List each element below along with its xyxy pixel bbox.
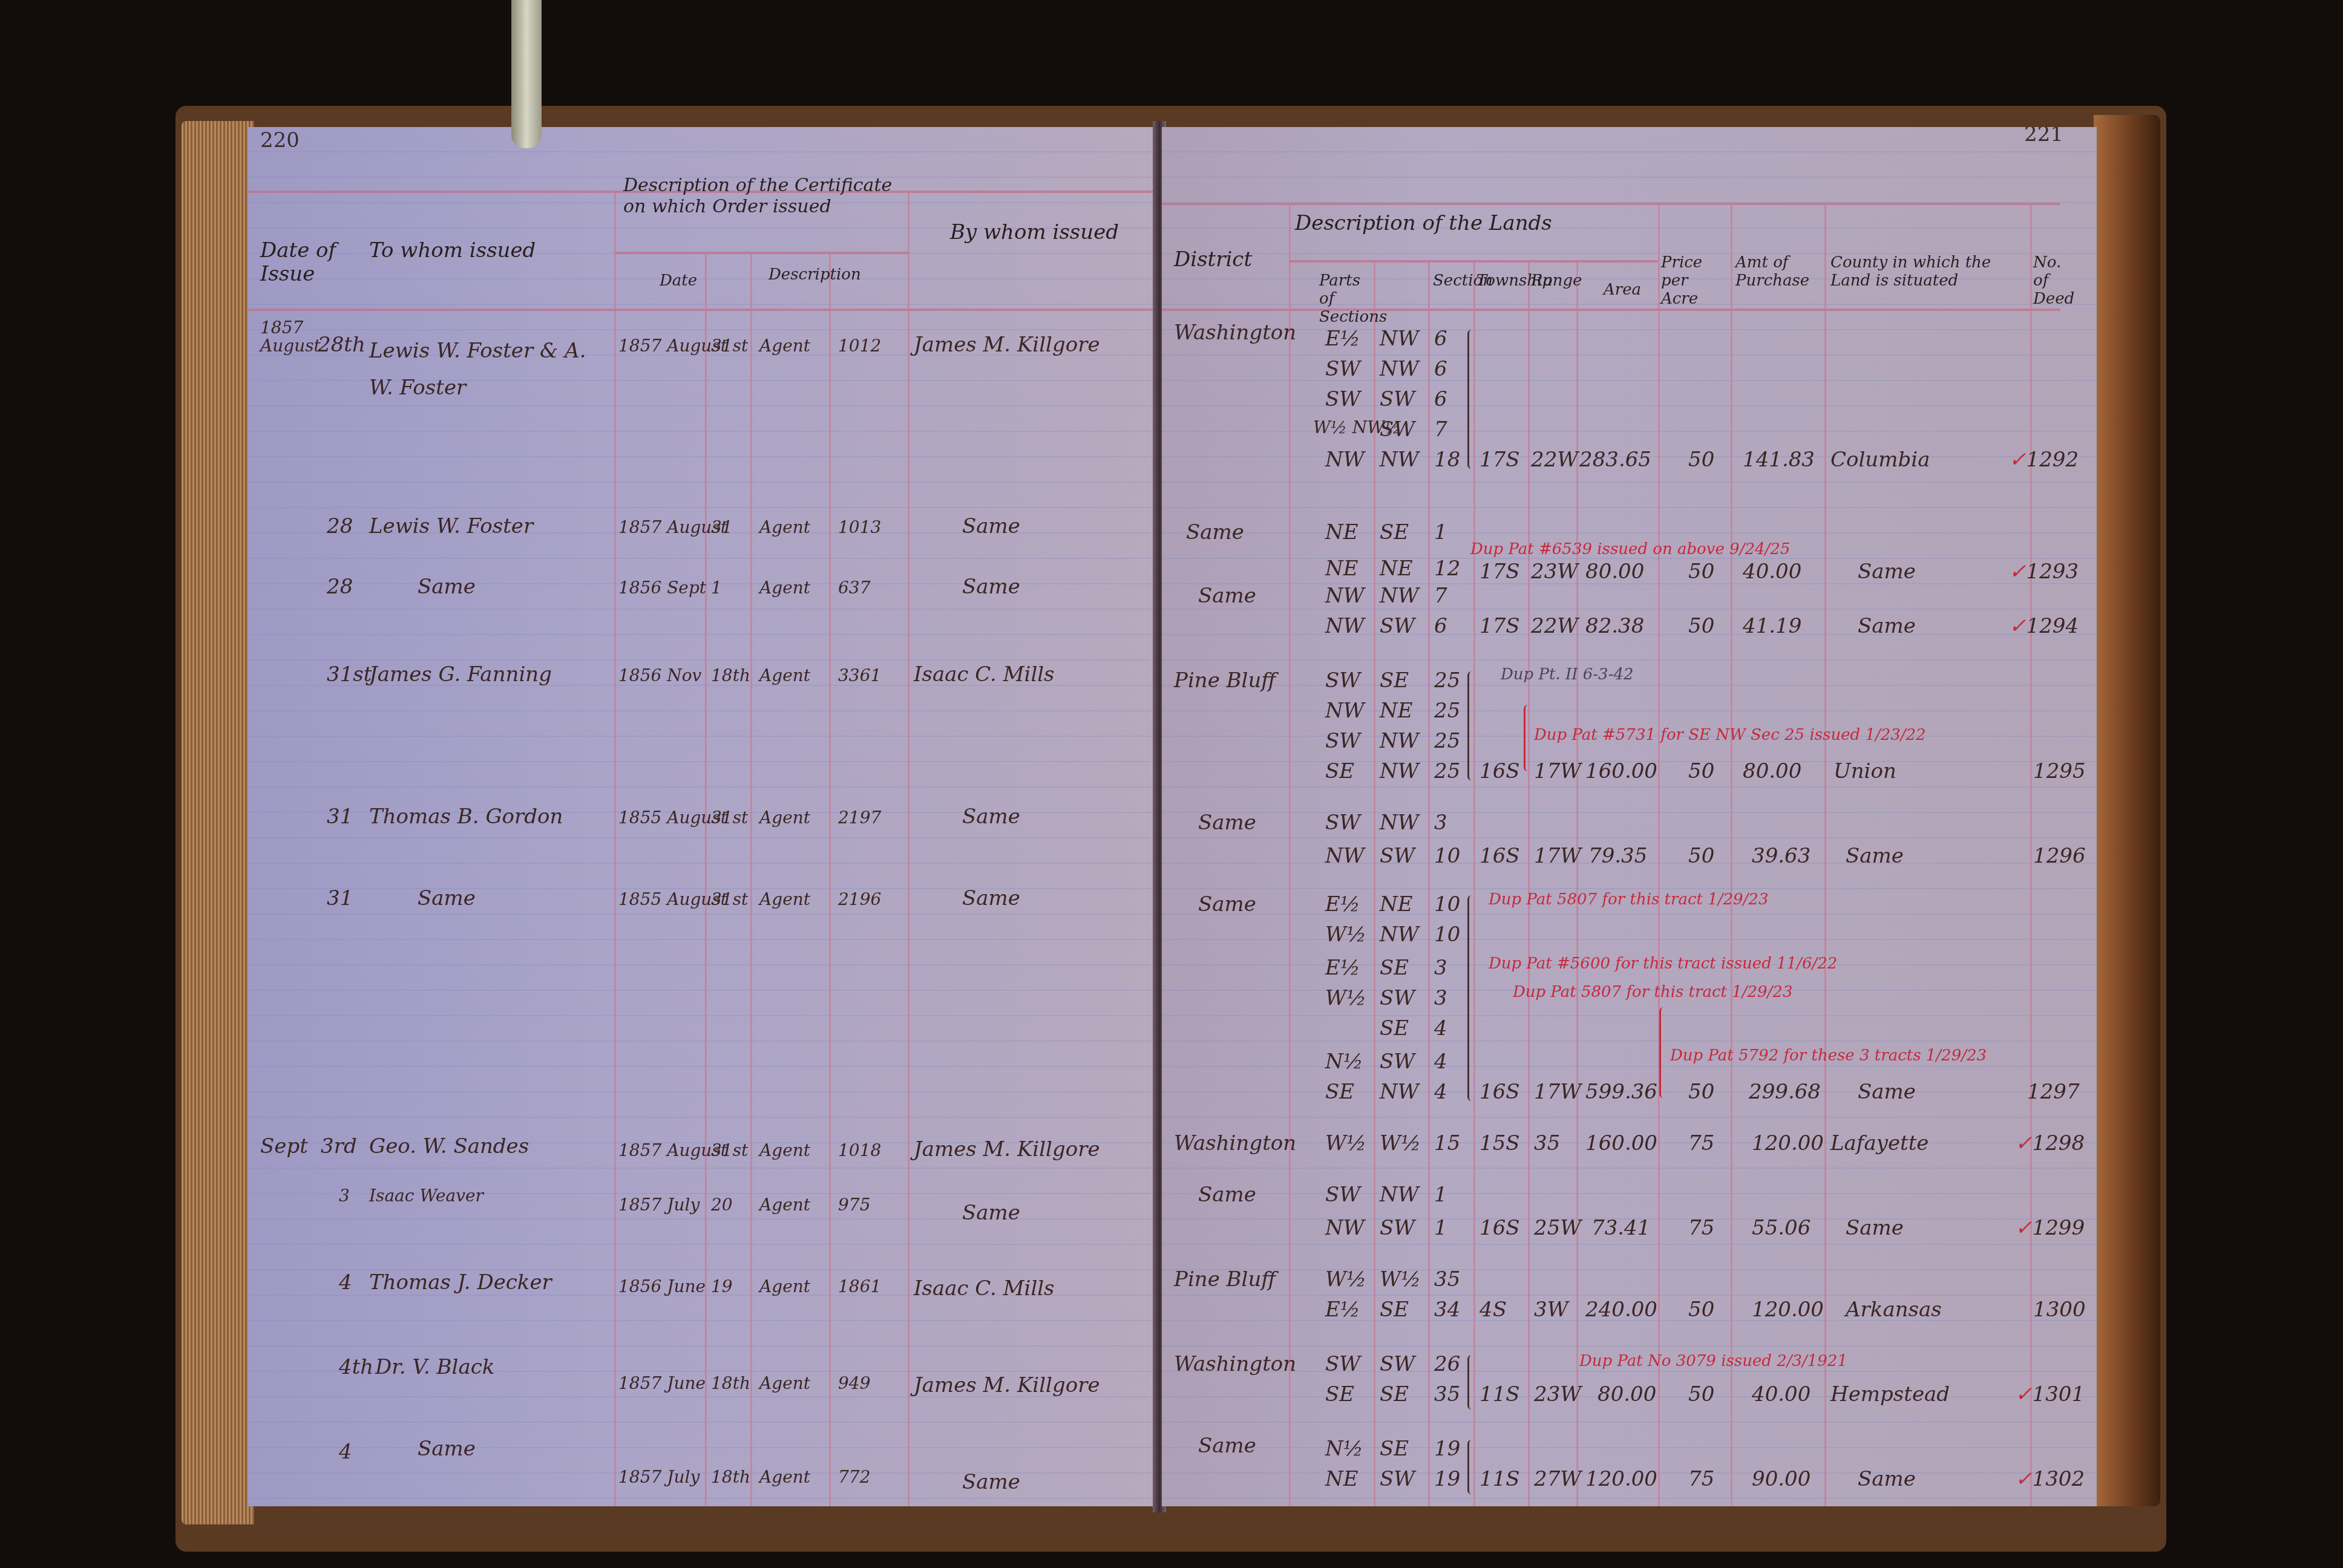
county: Same	[1846, 844, 1904, 868]
cert-number: 2197	[838, 808, 881, 828]
deed-number: ✓1298	[2015, 1131, 2085, 1155]
part: NW	[1325, 614, 1365, 638]
quarter: SE	[1380, 1298, 1409, 1322]
cert-day: 31	[711, 517, 733, 537]
issued-to: Thomas B. Gordon	[369, 805, 563, 829]
range: 23W	[1534, 1382, 1581, 1406]
area: 82.38	[1585, 614, 1644, 638]
district: Washington	[1174, 1352, 1296, 1376]
issued-by: James M. Killgore	[914, 333, 1100, 357]
quarter: NW	[1380, 811, 1419, 835]
issued-by: Same	[962, 575, 1020, 599]
section: 4	[1434, 1080, 1447, 1104]
header-parts-of-sections: Parts of Sections	[1319, 272, 1374, 327]
col-rule	[1528, 260, 1530, 1506]
part: SE	[1325, 1080, 1354, 1104]
part: E½	[1325, 892, 1360, 916]
range: 27W	[1534, 1467, 1581, 1491]
area: 240.00	[1585, 1298, 1657, 1322]
section: 25	[1434, 729, 1460, 753]
bracket	[1467, 1440, 1475, 1494]
issue-day: 31st	[327, 662, 372, 687]
red-bracket	[1659, 1007, 1667, 1098]
col-rule	[1824, 203, 1826, 1506]
cert-date: 1857 July	[618, 1195, 700, 1215]
quarter: SW	[1380, 1467, 1415, 1491]
purchase-amount: 39.63	[1752, 844, 1810, 868]
district: Washington	[1174, 1131, 1296, 1155]
check-mark-icon: ✓	[2015, 1467, 2033, 1491]
part: SW	[1325, 729, 1360, 753]
part: NW	[1325, 448, 1365, 472]
district: Same	[1186, 520, 1244, 544]
part: NE	[1325, 520, 1358, 544]
cert-day: 20	[711, 1195, 733, 1215]
cert-type: Agent	[759, 578, 810, 598]
section: 3	[1434, 956, 1447, 980]
col-rule	[1428, 260, 1430, 1506]
township: 15S	[1480, 1131, 1520, 1155]
issue-year: 1857	[260, 318, 303, 338]
area: 160.00	[1585, 759, 1657, 783]
cert-day: 18th	[711, 1373, 750, 1393]
district: Pine Bluff	[1174, 668, 1276, 693]
purchase-amount: 120.00	[1752, 1131, 1824, 1155]
red-bracket	[1524, 705, 1532, 771]
quarter: SW	[1380, 1050, 1415, 1074]
issue-month: August	[260, 336, 321, 356]
bracket	[1467, 671, 1475, 780]
col-rule	[908, 191, 909, 1506]
quarter: SE	[1380, 956, 1409, 980]
issued-to: Dr. V. Black	[375, 1355, 494, 1379]
price-per-acre: 50	[1688, 448, 1714, 472]
cert-day: 19	[711, 1276, 733, 1296]
township: 11S	[1480, 1382, 1520, 1406]
part: NW	[1325, 699, 1365, 723]
issue-day: 4	[339, 1440, 352, 1464]
cert-type: Agent	[759, 1467, 810, 1487]
part: SW	[1325, 387, 1360, 411]
section: 4	[1434, 1016, 1447, 1040]
part: NW	[1325, 844, 1365, 868]
township: 16S	[1480, 759, 1520, 783]
part: N½	[1325, 1437, 1363, 1461]
cert-number: 3361	[838, 665, 881, 685]
red-annotation: Dup Pat 5807 for this tract 1/29/23	[1489, 890, 1768, 909]
deed-number: ✓1292	[2009, 448, 2079, 472]
header-district: District	[1174, 248, 1252, 272]
deed-number: ✓1299	[2015, 1216, 2085, 1240]
col-rule	[750, 252, 752, 1506]
part: NE	[1325, 557, 1358, 581]
district: Same	[1198, 1183, 1256, 1207]
cert-number: 637	[838, 578, 870, 598]
cert-type: Agent	[759, 1373, 810, 1393]
cert-type: Agent	[759, 889, 810, 909]
header-by-whom-issued: By whom issued	[950, 221, 1119, 244]
range: 35	[1534, 1131, 1560, 1155]
section: 10	[1434, 844, 1460, 868]
purchase-amount: 41.19	[1743, 614, 1801, 638]
issued-to: Same	[418, 1437, 476, 1461]
district: Same	[1198, 892, 1256, 916]
red-annotation: Dup Pat #6539 issued on above 9/24/25	[1470, 540, 1790, 558]
area: 120.00	[1585, 1467, 1657, 1491]
issue-day: 31	[327, 805, 353, 829]
section: 1	[1434, 520, 1447, 544]
quarter: NW	[1380, 759, 1419, 783]
cert-day: 31st	[711, 808, 748, 828]
check-mark-icon: ✓	[2009, 614, 2027, 638]
quarter: SE	[1380, 668, 1409, 693]
quarter: SW	[1380, 1352, 1415, 1376]
check-mark-icon: ✓	[2009, 560, 2027, 584]
header-section: Section	[1433, 272, 1473, 290]
issued-to: Same	[418, 575, 476, 599]
issue-day: 3	[339, 1186, 350, 1206]
district: Same	[1198, 584, 1256, 608]
township: 16S	[1480, 1216, 1520, 1240]
quarter: SW	[1380, 417, 1415, 442]
section: 6	[1434, 357, 1447, 381]
header-date: Date	[660, 272, 697, 290]
area: 80.00	[1585, 560, 1644, 584]
cert-type: Agent	[759, 1195, 810, 1215]
issued-to: Same	[418, 886, 476, 910]
cert-date: 1856 Sept	[618, 578, 706, 598]
red-annotation: Dup Pat #5600 for this tract issued 11/6…	[1489, 955, 1837, 973]
part: N½	[1325, 1050, 1363, 1074]
bracket	[1467, 895, 1475, 1101]
purchase-amount: 55.06	[1752, 1216, 1810, 1240]
part: SW	[1325, 811, 1360, 835]
part: NW	[1325, 1216, 1365, 1240]
section: 18	[1434, 448, 1460, 472]
quarter: NW	[1380, 584, 1419, 608]
quarter: NW	[1380, 1183, 1419, 1207]
cert-date: 1857 July	[618, 1467, 700, 1487]
header-area: Area	[1604, 281, 1641, 299]
issued-by: Isaac C. Mills	[914, 662, 1055, 687]
section: 1	[1434, 1183, 1447, 1207]
section: 35	[1434, 1267, 1460, 1292]
check-mark-icon: ✓	[2015, 1382, 2033, 1406]
pencil-annotation: Dup Pt. II 6-3-42	[1501, 665, 1634, 684]
township: 17S	[1480, 560, 1520, 584]
section: 7	[1434, 584, 1447, 608]
quarter: NW	[1380, 357, 1419, 381]
area: 160.00	[1585, 1131, 1657, 1155]
quarter: SW	[1380, 614, 1415, 638]
quarter: NW	[1380, 327, 1419, 351]
issued-by: Same	[962, 886, 1020, 910]
county: Same	[1858, 614, 1916, 638]
section: 3	[1434, 811, 1447, 835]
range: 17W	[1534, 844, 1581, 868]
cert-date: 1857 June	[618, 1373, 706, 1393]
purchase-amount: 141.83	[1743, 448, 1815, 472]
quarter: SW	[1380, 844, 1415, 868]
page-number: 220	[260, 128, 300, 152]
issue-day: 28th	[318, 333, 365, 357]
col-rule	[1374, 260, 1375, 1506]
issued-by: Same	[962, 1470, 1020, 1494]
deed-number: ✓1301	[2015, 1382, 2085, 1406]
issued-to: Lewis W. Foster	[369, 514, 533, 538]
cert-type: Agent	[759, 1140, 810, 1160]
col-rule	[1289, 203, 1291, 1506]
part: SW	[1325, 357, 1360, 381]
check-mark-icon: ✓	[2015, 1216, 2033, 1240]
county: Same	[1858, 560, 1916, 584]
county: Arkansas	[1846, 1298, 1942, 1322]
part: SE	[1325, 759, 1354, 783]
header-top-rule	[1162, 203, 2060, 205]
right-page: 221 District Description of the Lands Pa…	[1162, 127, 2097, 1506]
quarter: NW	[1380, 729, 1419, 753]
header-bottom-rule	[1162, 309, 2060, 311]
range: 22W	[1531, 448, 1578, 472]
header-bottom-rule	[248, 309, 1159, 311]
cert-date: 1856 Nov	[618, 665, 701, 685]
section: 25	[1434, 668, 1460, 693]
purchase-amount: 80.00	[1743, 759, 1801, 783]
cert-number: 949	[838, 1373, 870, 1393]
issued-to: Lewis W. Foster & A. W. Foster	[369, 333, 599, 407]
page-number: 221	[2024, 127, 2063, 146]
cert-number: 975	[838, 1195, 870, 1215]
header-deed-number: No. of Deed	[2033, 254, 2069, 309]
price-per-acre: 75	[1688, 1131, 1714, 1155]
section: 6	[1434, 327, 1447, 351]
issue-day: 4	[339, 1270, 352, 1295]
red-annotation: Dup Pat 5807 for this tract 1/29/23	[1513, 983, 1792, 1001]
part: NW	[1325, 584, 1365, 608]
cert-number: 1013	[838, 517, 881, 537]
quarter: NE	[1380, 557, 1413, 581]
col-rule	[614, 191, 616, 1506]
part: W½	[1325, 986, 1366, 1010]
book-cover-edge-right	[2094, 115, 2160, 1506]
section: 6	[1434, 387, 1447, 411]
issued-by: Same	[962, 805, 1020, 829]
header-range: Range	[1531, 272, 1582, 290]
county: Same	[1858, 1467, 1916, 1491]
header-price-per-acre: Price per Acre	[1661, 254, 1728, 309]
county: Columbia	[1830, 448, 1930, 472]
district: Pine Bluff	[1174, 1267, 1276, 1292]
part: E½	[1325, 327, 1360, 351]
area: 73.41	[1591, 1216, 1650, 1240]
price-per-acre: 50	[1688, 1298, 1714, 1322]
issue-day: 3rd	[321, 1134, 357, 1158]
cert-number: 1012	[838, 336, 881, 356]
section: 19	[1434, 1437, 1460, 1461]
cert-type: Agent	[759, 1276, 810, 1296]
purchase-amount: 120.00	[1752, 1298, 1824, 1322]
cert-number: 2196	[838, 889, 881, 909]
issued-by: James M. Killgore	[914, 1137, 1100, 1161]
deed-number: ✓1294	[2009, 614, 2079, 638]
price-per-acre: 75	[1688, 1216, 1714, 1240]
part: SW	[1325, 1352, 1360, 1376]
section: 35	[1434, 1382, 1460, 1406]
township: 16S	[1480, 1080, 1520, 1104]
quarter: NW	[1380, 923, 1419, 947]
purchase-amount: 40.00	[1752, 1382, 1810, 1406]
price-per-acre: 50	[1688, 844, 1714, 868]
issue-day: 28	[327, 575, 353, 599]
quarter: W½	[1380, 1267, 1421, 1292]
price-per-acre: 50	[1688, 1382, 1714, 1406]
purchase-amount: 299.68	[1749, 1080, 1821, 1104]
township: 11S	[1480, 1467, 1520, 1491]
cert-day: 1	[711, 578, 722, 598]
part: W½	[1325, 1131, 1366, 1155]
cert-day: 18th	[711, 665, 750, 685]
cert-type: Agent	[759, 808, 810, 828]
issue-day: 4th	[339, 1355, 373, 1379]
quarter: NW	[1380, 448, 1419, 472]
section: 7	[1434, 417, 1447, 442]
section: 34	[1434, 1298, 1460, 1322]
price-per-acre: 75	[1688, 1467, 1714, 1491]
section: 10	[1434, 923, 1460, 947]
issued-by: Isaac C. Mills	[914, 1276, 1055, 1301]
section: 15	[1434, 1131, 1460, 1155]
issued-to: James G. Fanning	[369, 662, 552, 687]
bracket	[1467, 330, 1475, 469]
quarter: NE	[1380, 699, 1413, 723]
red-annotation: Dup Pat 5792 for these 3 tracts 1/29/23	[1670, 1047, 1987, 1065]
district: Same	[1198, 811, 1256, 835]
county: Same	[1858, 1080, 1916, 1104]
township: 4S	[1480, 1298, 1507, 1322]
range: 3W	[1534, 1298, 1568, 1322]
cert-day: 31st	[711, 336, 748, 356]
part: NE	[1325, 1467, 1358, 1491]
township: 17S	[1480, 614, 1520, 638]
check-mark-icon: ✓	[2009, 448, 2027, 472]
header-amount-of-purchase: Amt of Purchase	[1735, 254, 1820, 290]
quarter: W½	[1380, 1131, 1421, 1155]
issued-by: Same	[962, 1201, 1020, 1225]
deed-number: ✓1302	[2015, 1467, 2085, 1491]
col-rule	[829, 252, 831, 1506]
issue-month: Sept	[260, 1134, 308, 1158]
header-township: Township	[1476, 272, 1528, 290]
header-date-of-issue: Date of Issue	[260, 239, 363, 286]
county: Same	[1846, 1216, 1904, 1240]
township: 16S	[1480, 844, 1520, 868]
area: 79.35	[1588, 844, 1647, 868]
range: 17W	[1534, 759, 1581, 783]
header-description: Description	[768, 266, 861, 284]
cert-type: Agent	[759, 336, 810, 356]
col-rule	[1731, 203, 1732, 1506]
district: Same	[1198, 1434, 1256, 1458]
col-rule	[2030, 203, 2032, 1506]
quarter: NW	[1380, 1080, 1419, 1104]
county: Hempstead	[1830, 1382, 1950, 1406]
header-certificate-description: Description of the Certificate on which …	[623, 175, 902, 217]
purchase-amount: 40.00	[1743, 560, 1801, 584]
issue-day: 28	[327, 514, 353, 538]
cert-day: 18th	[711, 1467, 750, 1487]
cert-type: Agent	[759, 665, 810, 685]
deed-number: 1297	[2027, 1080, 2080, 1104]
range: 17W	[1534, 1080, 1581, 1104]
quarter: NE	[1380, 892, 1413, 916]
section: 3	[1434, 986, 1447, 1010]
issued-to: Geo. W. Sandes	[369, 1134, 529, 1158]
issued-by: James M. Killgore	[914, 1373, 1100, 1397]
quarter: SW	[1380, 1216, 1415, 1240]
county: Lafayette	[1830, 1131, 1928, 1155]
header-county: County in which the Land is situated	[1830, 254, 2027, 290]
section: 6	[1434, 614, 1447, 638]
deed-number: 1295	[2033, 759, 2086, 783]
quarter: SW	[1380, 387, 1415, 411]
township: 17S	[1480, 448, 1520, 472]
part: SW	[1325, 1183, 1360, 1207]
part: W½	[1325, 1267, 1366, 1292]
red-annotation: Dup Pat #5731 for SE NW Sec 25 issued 1/…	[1534, 726, 1926, 744]
deed-number: 1296	[2033, 844, 2086, 868]
purchase-amount: 90.00	[1752, 1467, 1810, 1491]
col-rule	[705, 252, 707, 1506]
quarter: SW	[1380, 986, 1415, 1010]
cert-number: 1861	[838, 1276, 881, 1296]
quarter: SE	[1380, 1016, 1409, 1040]
issue-day: 31	[327, 886, 353, 910]
range: 25W	[1534, 1216, 1581, 1240]
left-page: 220 Date of Issue To whom issued Descrip…	[248, 127, 1159, 1506]
issued-to: Isaac Weaver	[369, 1186, 483, 1206]
quarter: SE	[1380, 1437, 1409, 1461]
section: 10	[1434, 892, 1460, 916]
part: SW	[1325, 668, 1360, 693]
section: 19	[1434, 1467, 1460, 1491]
cert-type: Agent	[759, 517, 810, 537]
page-edges-left	[182, 121, 254, 1524]
price-per-acre: 50	[1688, 759, 1714, 783]
range: 23W	[1531, 560, 1578, 584]
part: W½	[1325, 923, 1366, 947]
county: Union	[1833, 759, 1896, 783]
part: SE	[1325, 1382, 1354, 1406]
header-sub-rule	[614, 252, 908, 254]
col-rule	[1576, 260, 1578, 1506]
deed-number: ✓1293	[2009, 560, 2079, 584]
quarter: SE	[1380, 1382, 1409, 1406]
price-per-acre: 50	[1688, 1080, 1714, 1104]
price-per-acre: 50	[1688, 614, 1714, 638]
section: 1	[1434, 1216, 1447, 1240]
deed-number: 1300	[2033, 1298, 2086, 1322]
red-annotation: Dup Pat No 3079 issued 2/3/1921	[1579, 1352, 1847, 1370]
district: Washington	[1174, 321, 1296, 345]
cert-number: 1018	[838, 1140, 881, 1160]
part: E½	[1325, 956, 1360, 980]
cert-day: 31st	[711, 1140, 748, 1160]
area: 283.65	[1579, 448, 1651, 472]
metal-bookmark-clip	[511, 0, 542, 148]
section: 26	[1434, 1352, 1460, 1376]
bracket	[1467, 1355, 1475, 1410]
check-mark-icon: ✓	[2015, 1131, 2033, 1155]
